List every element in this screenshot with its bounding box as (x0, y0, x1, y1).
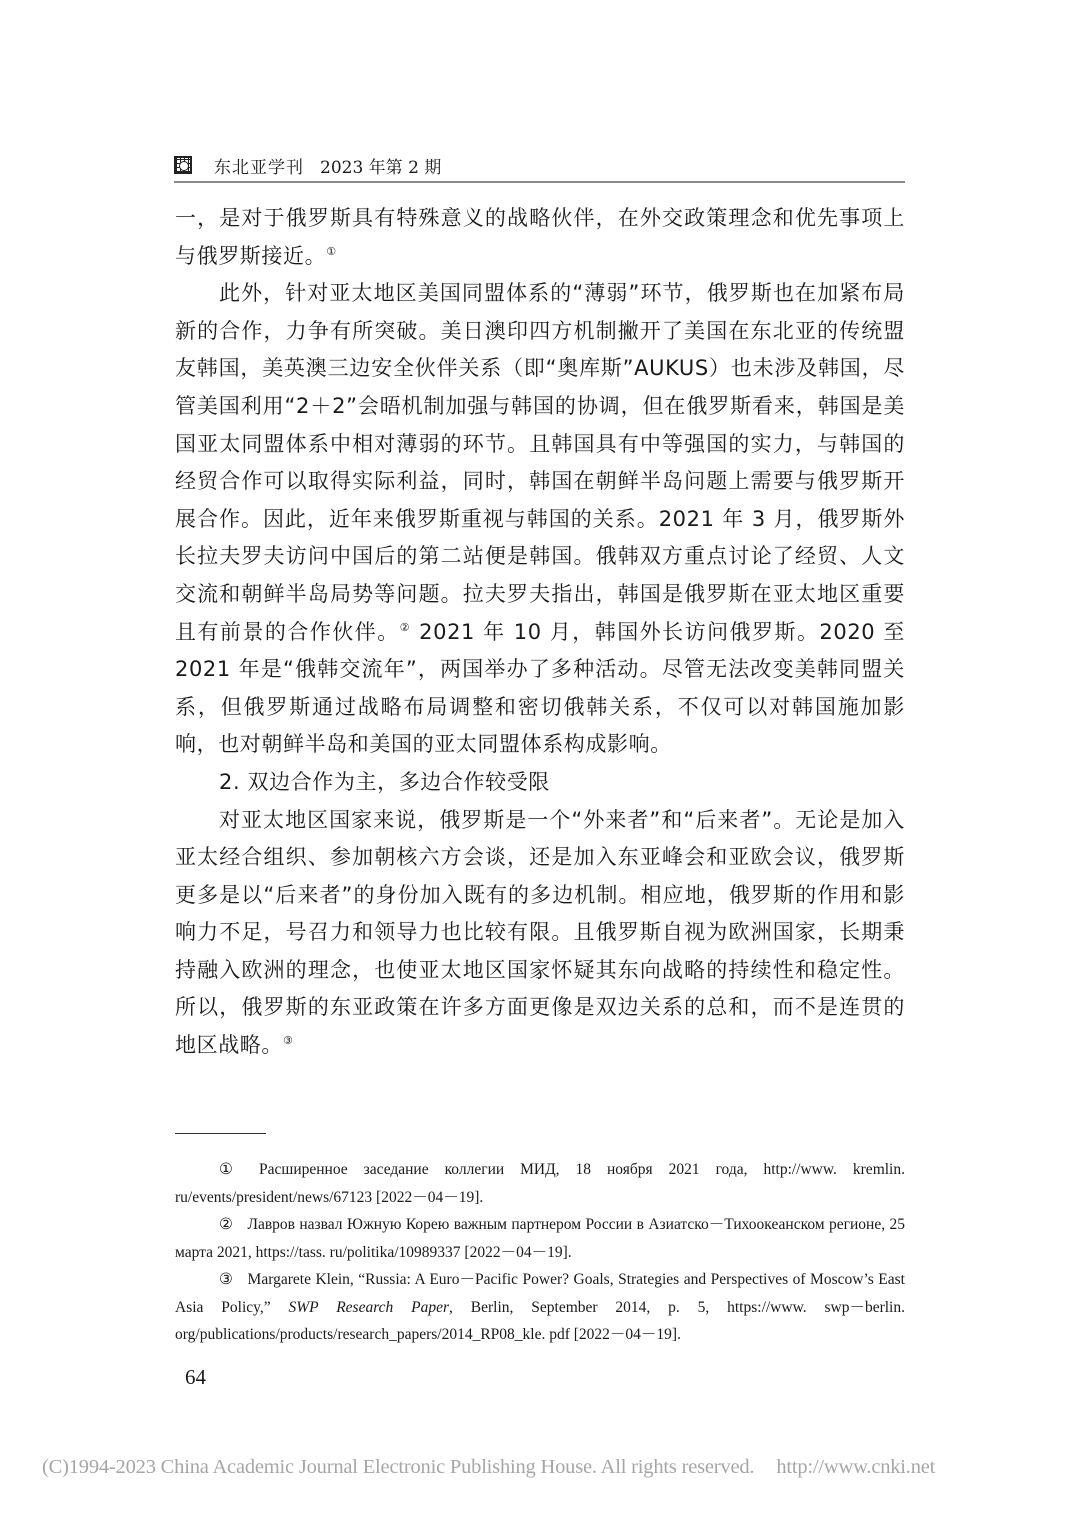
running-header: 东北亚学刊 2023 年第 2 期 (174, 150, 904, 180)
page-number: 64 (185, 1365, 206, 1390)
cnki-link[interactable]: http://www.cnki.net (776, 1456, 935, 1478)
header-divider (174, 181, 905, 183)
article-body: 一，是对于俄罗斯具有特殊意义的战略伙伴，在外交政策理念和优先事项上与俄罗斯接近。… (175, 200, 905, 1065)
copyright-notice: (C)1994-2023 China Academic Journal Elec… (42, 1456, 935, 1479)
footnote-divider (175, 1133, 266, 1134)
footnote-ref-1[interactable]: ① (326, 245, 336, 258)
footnotes: ①Расширенное заседание коллегии МИД, 18 … (175, 1156, 905, 1349)
footnote-ref-2[interactable]: ② (400, 621, 411, 634)
paragraph-1: 一，是对于俄罗斯具有特殊意义的战略伙伴，在外交政策理念和优先事项上与俄罗斯接近。… (175, 200, 905, 275)
footnote-2: ②Лавров назвал Южную Корею важным партне… (175, 1211, 905, 1266)
issue-label: 2023 年第 2 期 (320, 153, 441, 178)
paragraph-2: 此外，针对亚太地区美国同盟体系的“薄弱”环节，俄罗斯也在加紧布局新的合作，力争有… (175, 275, 905, 764)
footnote-ref-3[interactable]: ③ (283, 1034, 293, 1047)
footnote-1: ①Расширенное заседание коллегии МИД, 18 … (175, 1156, 905, 1211)
journal-title: 东北亚学刊 (214, 153, 304, 178)
section-heading: 2. 双边合作为主，多边合作较受限 (175, 764, 905, 802)
footnote-3: ③Margarete Klein, “Russia: A Euro－Pacifi… (175, 1266, 905, 1349)
journal-logo-icon (174, 156, 192, 174)
paragraph-3: 对亚太地区国家来说，俄罗斯是一个“外来者”和“后来者”。无论是加入亚太经合组织、… (175, 802, 905, 1065)
